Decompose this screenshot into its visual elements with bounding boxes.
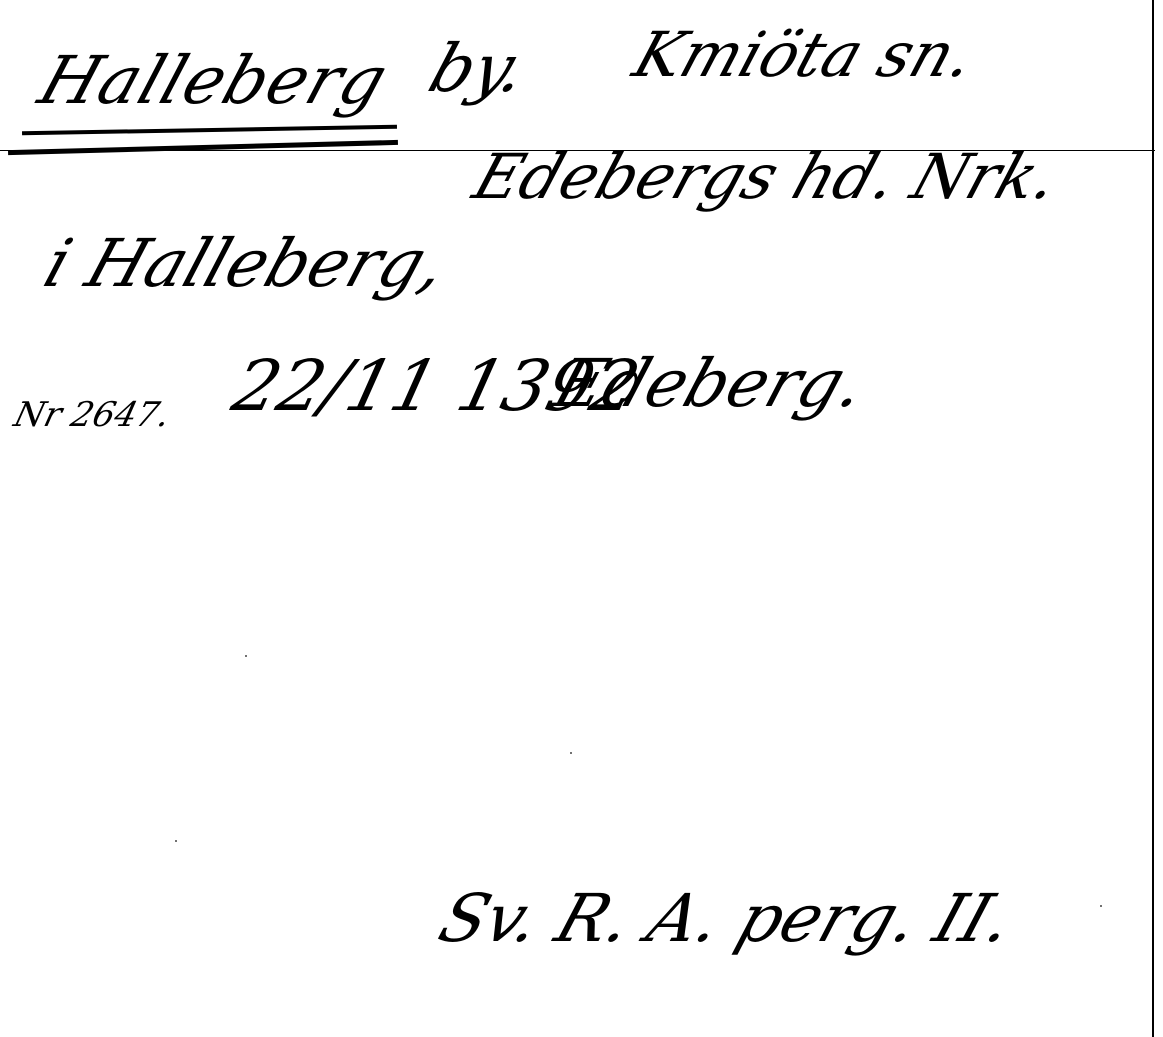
reference-number: Nr 2647.	[10, 395, 174, 435]
village-name-heading: Halleberg	[30, 42, 397, 119]
heading-double-underline	[8, 140, 398, 155]
scan-speck	[175, 840, 177, 842]
source-signature: Sv. R. A. perg. II.	[430, 880, 1023, 957]
place-of-issue: Edeberg.	[545, 345, 876, 422]
scan-speck	[245, 655, 247, 657]
location-line: i Halleberg,	[35, 225, 456, 302]
scan-speck	[570, 752, 572, 754]
heading-underline	[22, 125, 397, 136]
hundred-court: Edebergs hd. Nrk.	[465, 140, 1068, 213]
parish-name: Kmiöta sn.	[625, 18, 984, 91]
scan-speck	[1100, 905, 1102, 907]
index-card: Halleberg by. Kmiöta sn. Edebergs hd. Nr…	[0, 0, 1163, 1037]
village-suffix: by.	[420, 30, 537, 107]
card-edge-vertical	[1152, 0, 1154, 1037]
